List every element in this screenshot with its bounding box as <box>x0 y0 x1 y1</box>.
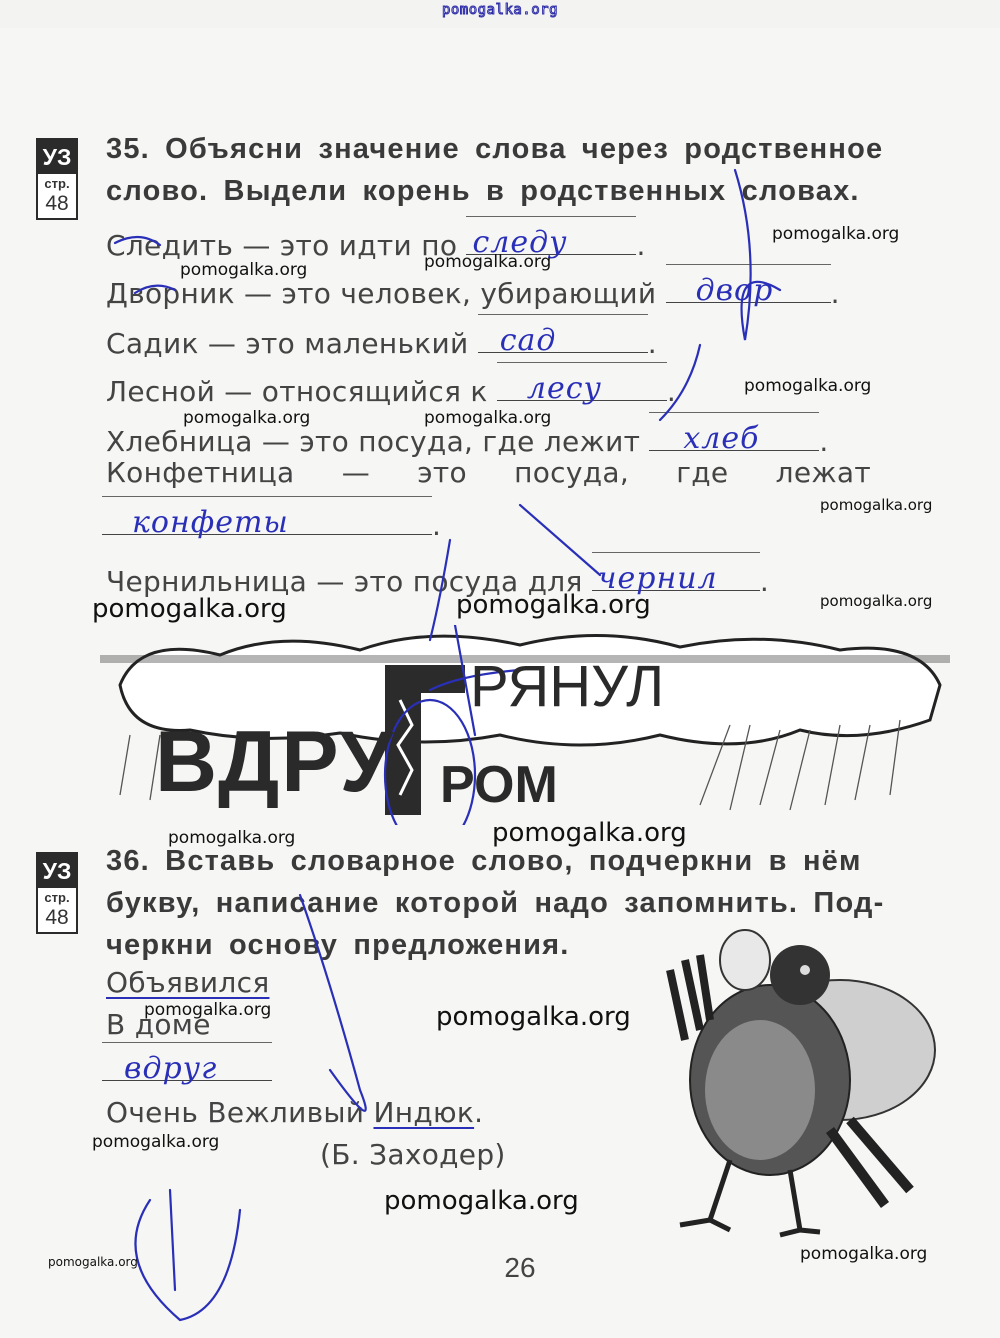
watermark: pomogalka.org <box>168 828 295 848</box>
watermark: pomogalka.org <box>144 1000 271 1020</box>
page-number: 26 <box>0 1252 1000 1284</box>
watermark: pomogalka.org <box>456 590 651 620</box>
watermark: pomogalka.org <box>436 1002 631 1032</box>
watermark: pomogalka.org <box>492 818 687 848</box>
watermark: pomogalka.org <box>820 592 932 610</box>
watermark: pomogalka.org <box>92 1132 219 1152</box>
watermark: pomogalka.org <box>180 260 307 280</box>
watermark: pomogalka.org <box>424 408 551 428</box>
watermark: pomogalka.org <box>744 376 871 396</box>
watermark: pomogalka.org <box>424 252 551 272</box>
watermark: pomogalka.org <box>183 408 310 428</box>
watermark: pomogalka.org <box>384 1186 579 1216</box>
watermark: pomogalka.org <box>92 594 287 624</box>
watermark: pomogalka.org <box>772 224 899 244</box>
watermark: pomogalka.org <box>820 496 932 514</box>
